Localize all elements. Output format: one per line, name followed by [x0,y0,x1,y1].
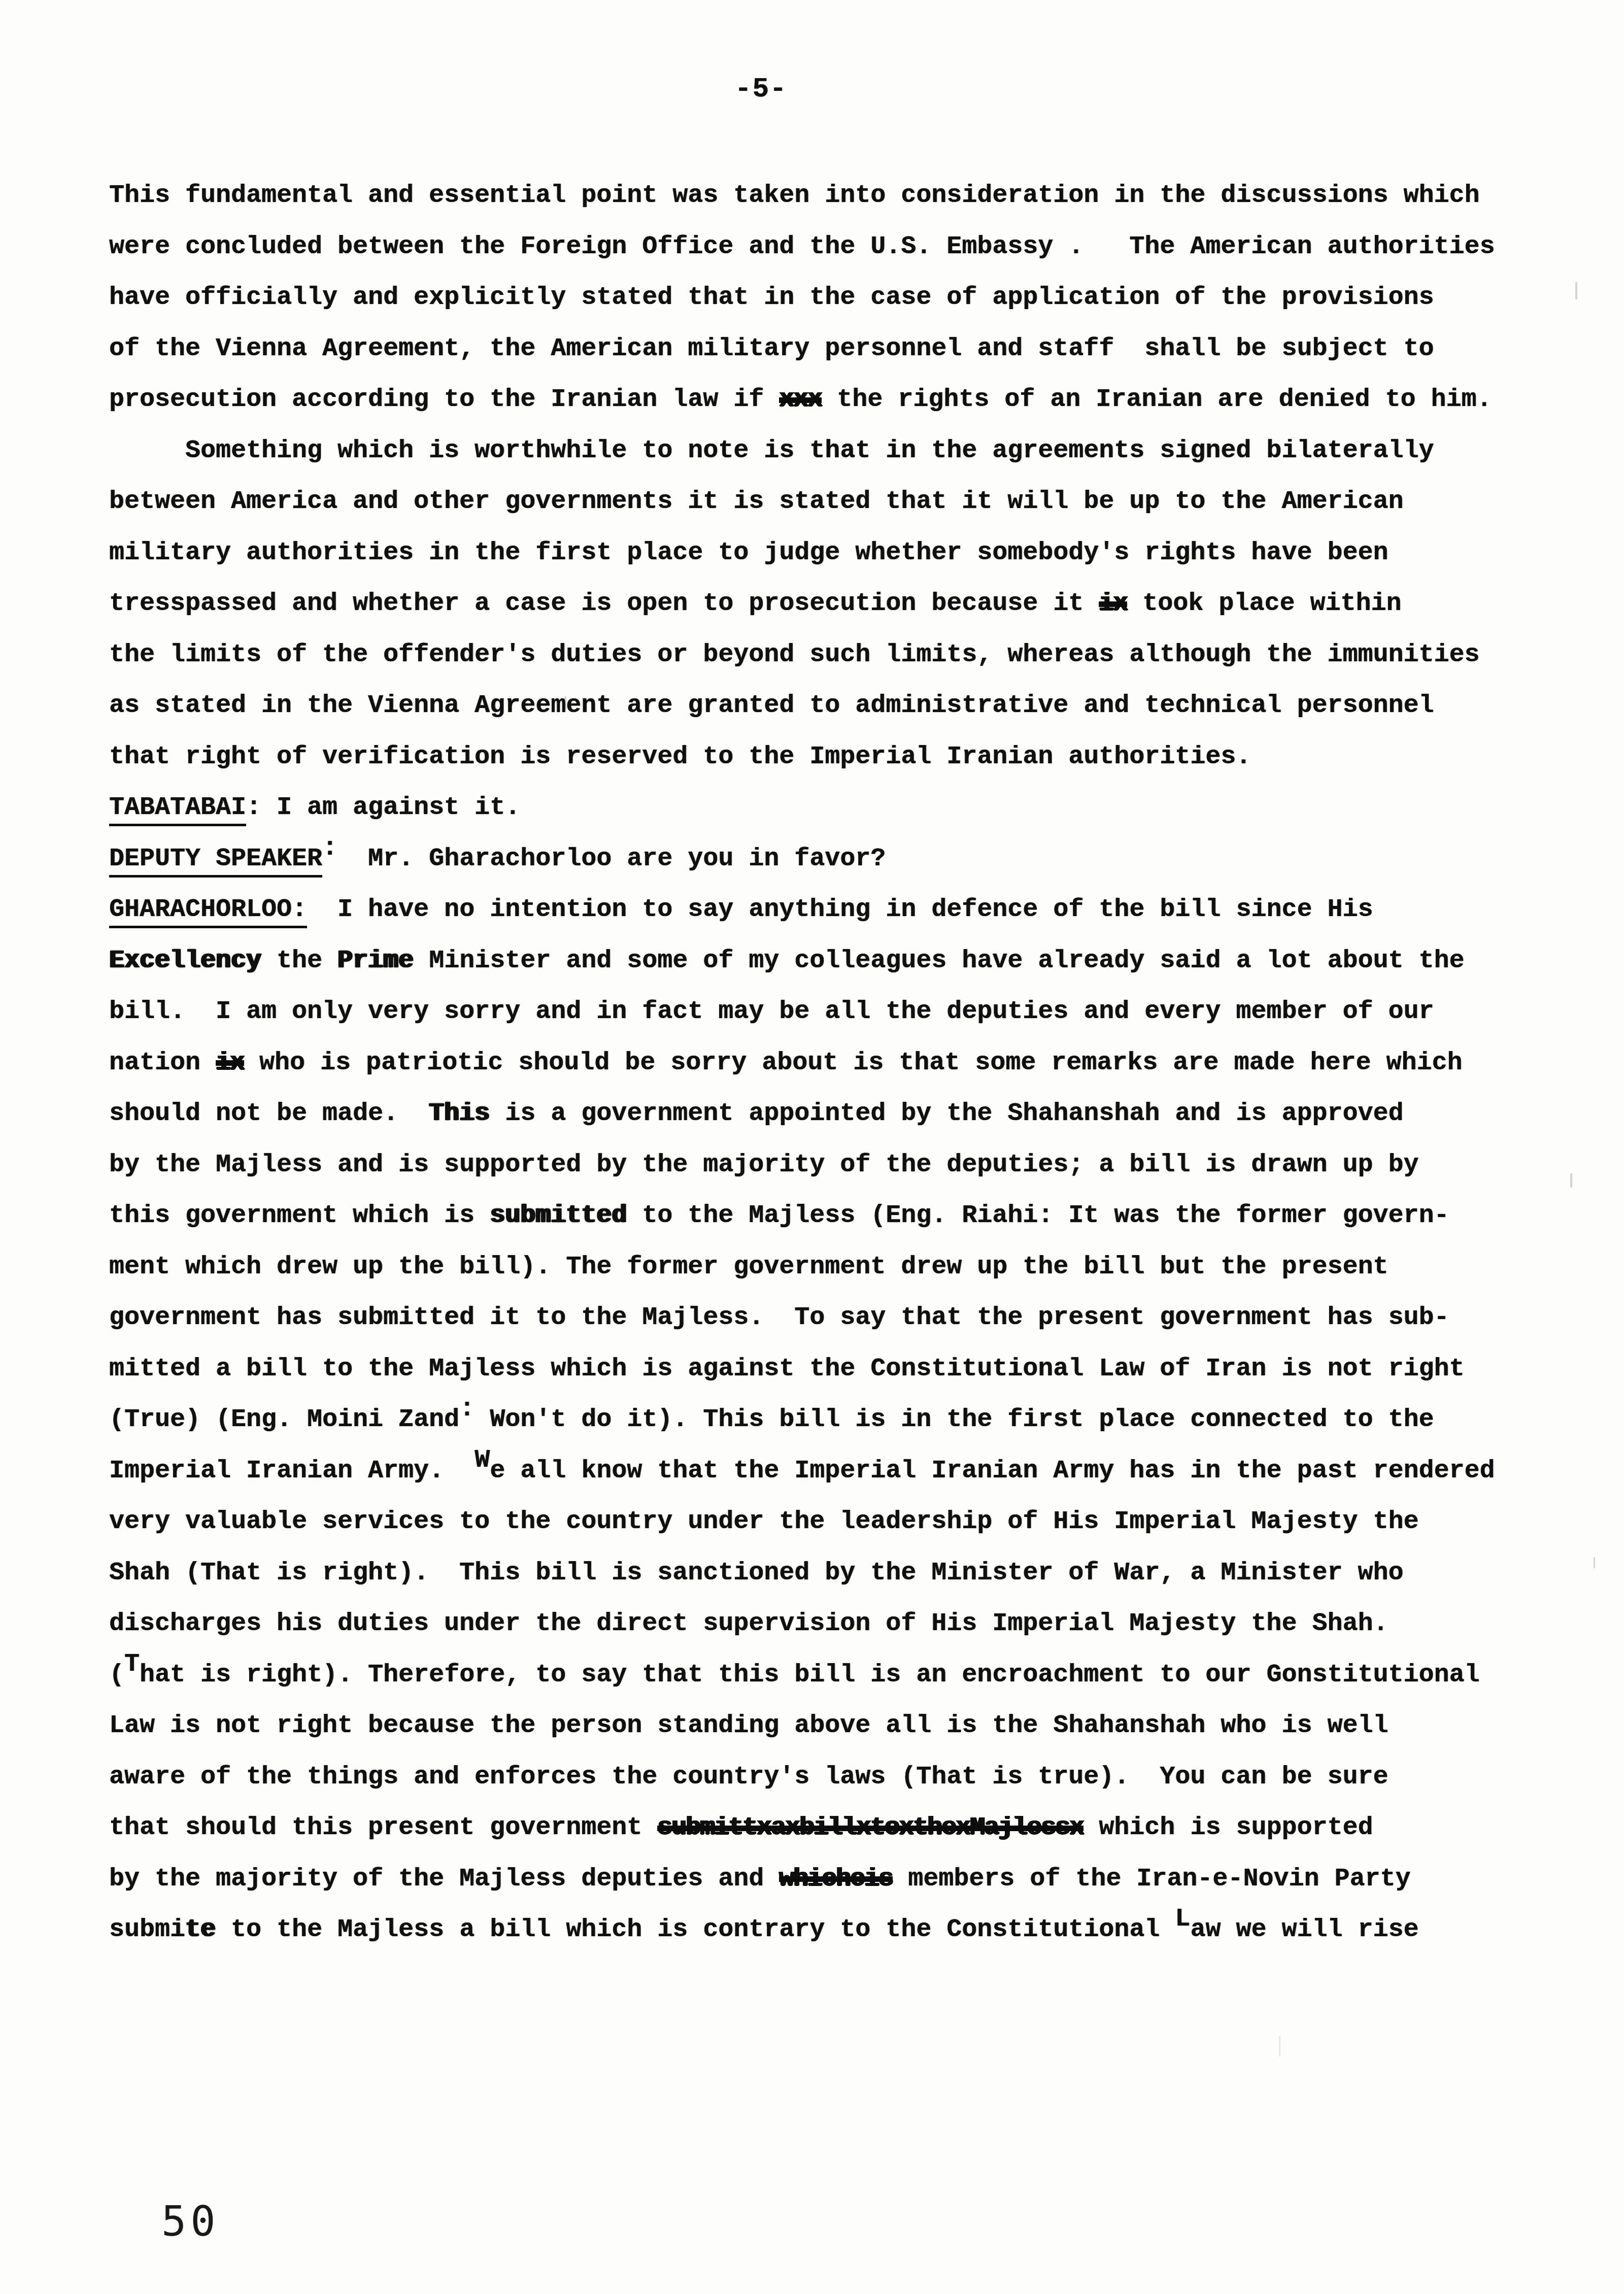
doc-line: Imperial Iranian Army. We all know that … [109,1446,1561,1497]
doc-text-segment: (True) (Eng. Moini Zand [109,1405,459,1434]
doc-text-segment: te [185,1915,216,1944]
scan-artifact [1575,282,1577,299]
doc-text-segment: bill. I am only very sorry and in fact m… [109,997,1434,1026]
doc-text-segment: hat is right). Therefore, to say that th… [140,1661,1479,1690]
doc-text-segment: nation [109,1049,216,1077]
doc-text-segment: the [261,947,337,975]
doc-line: of the Vienna Agreement, the American mi… [109,324,1561,375]
doc-text-segment: should not be made. [109,1099,429,1128]
doc-text-segment: to the Majless (Eng. Riahi: It was the f… [627,1201,1449,1230]
doc-line: Shah (That is right). This bill is sanct… [109,1548,1561,1599]
doc-text-segment: Mr. Gharachorloo are you in favor? [337,845,886,873]
struck-out-text: ix [216,1049,244,1077]
doc-line: the limits of the offender's duties or b… [109,630,1561,681]
doc-line: government has submitted it to the Majle… [109,1293,1561,1344]
doc-line: that right of verification is reserved t… [109,732,1561,783]
doc-text-segment: submi [109,1915,185,1944]
scan-artifact [564,696,566,710]
doc-text-segment: as stated in the Vienna Agreement are gr… [109,691,1434,720]
doc-text-segment: e all know that the Imperial Iranian Arm… [490,1457,1495,1486]
doc-text-segment: to the Majless a bill which is contrary … [216,1915,1175,1944]
doc-lines: This fundamental and essential point was… [109,171,1561,1956]
scan-artifact [1570,1173,1572,1188]
doc-line: should not be made. This is a government… [109,1089,1561,1140]
doc-line: very valuable services to the country un… [109,1497,1561,1548]
doc-text-segment: Law is not right because the person stan… [109,1711,1388,1740]
doc-text-segment: Imperial Iranian Army. [109,1457,475,1486]
doc-text-segment: discharges his duties under the direct s… [109,1609,1388,1638]
doc-text-segment: submitted [490,1201,627,1230]
doc-line: were concluded between the Foreign Offic… [109,222,1561,273]
doc-line: This fundamental and essential point was… [109,171,1561,222]
document-body: This fundamental and essential point was… [109,171,1561,1956]
doc-line: this government which is submitted to th… [109,1191,1561,1242]
scan-artifact [1594,1557,1595,1568]
page-number-bottom: 50 [161,2198,220,2246]
doc-text-segment: This fundamental and essential point was… [109,181,1479,210]
doc-text-segment: Something which is worthwhile to note is… [109,436,1434,465]
doc-text-segment: I have no intention to say anything in d… [307,895,1373,924]
doc-line: Something which is worthwhile to note is… [109,426,1561,477]
doc-text-segment: Prime [337,947,414,975]
doc-text-segment: the rights of an Iranian are denied to h… [822,385,1492,414]
doc-text-segment: between America and other governments it… [109,487,1403,516]
doc-line: by the Majless and is supported by the m… [109,1140,1561,1191]
doc-line: nation ix who is patriotic should be sor… [109,1038,1561,1089]
doc-text-segment: the limits of the offender's duties or b… [109,640,1479,669]
speaker-name: TABATABAI [109,793,246,826]
doc-line: ment which drew up the bill). The former… [109,1242,1561,1293]
doc-text-segment: Excellency [109,947,261,975]
doc-text-segment: mitted a bill to the Majless which is ag… [109,1355,1464,1384]
doc-text-segment: : [459,1384,475,1435]
doc-text-segment: Minister and some of my colleagues have … [414,947,1464,975]
doc-text-segment: : [322,823,337,874]
doc-line: aware of the things and enforces the cou… [109,1752,1561,1803]
doc-text-segment: This [429,1099,490,1128]
doc-line: Law is not right because the person stan… [109,1701,1561,1752]
doc-line: prosecution according to the Iranian law… [109,375,1561,426]
doc-text-segment: that right of verification is reserved t… [109,743,1251,771]
doc-text-segment: military authorities in the first place … [109,538,1388,567]
doc-text-segment: this government which is [109,1201,490,1230]
doc-text-segment: were concluded between the Foreign Offic… [109,232,1495,261]
page-number-top: -5- [735,74,787,105]
doc-text-segment: ment which drew up the bill). The former… [109,1253,1388,1281]
doc-line: mitted a bill to the Majless which is ag… [109,1344,1561,1395]
doc-text-segment: W [475,1435,490,1487]
doc-text-segment: Shah (That is right). This bill is sanct… [109,1559,1403,1588]
struck-out-text: whichcis [779,1865,893,1894]
doc-line: Excellency the Prime Minister and some o… [109,936,1561,987]
doc-text-segment: Won't do it). This bill is in the first … [475,1405,1434,1434]
doc-text-segment: have officially and explicitly stated th… [109,283,1434,312]
doc-text-segment: of the Vienna Agreement, the American mi… [109,334,1434,363]
doc-line: military authorities in the first place … [109,528,1561,579]
doc-line: (That is right). Therefore, to say that … [109,1650,1561,1701]
doc-line: by the majority of the Majless deputies … [109,1854,1561,1905]
doc-text-segment: is a government appointed by the Shahans… [490,1099,1403,1128]
struck-out-text: ix [1099,589,1127,618]
doc-text-segment: took place within [1127,589,1401,618]
doc-line: tresspassed and whether a case is open t… [109,579,1561,630]
doc-text-segment: government has submitted it to the Majle… [109,1303,1449,1332]
doc-text-segment: aw we will rise [1190,1915,1418,1944]
doc-text-segment: : I am against it. [246,793,520,822]
struck-out-text: xxx [779,385,822,414]
doc-line: DEPUTY SPEAKER: Mr. Gharachorloo are you… [109,834,1561,885]
doc-line: that should this present government subm… [109,1803,1561,1854]
doc-line: (True) (Eng. Moini Zand: Won't do it). T… [109,1395,1561,1446]
doc-text-segment: which is supported [1084,1813,1373,1842]
doc-text-segment: who is patriotic should be sorry about i… [244,1049,1462,1077]
doc-text-segment: members of the Iran-e-Novin Party [893,1865,1410,1894]
doc-text-segment: L [1175,1894,1190,1945]
doc-text-segment: T [124,1639,140,1691]
doc-line: submite to the Majless a bill which is c… [109,1905,1561,1956]
doc-text-segment: very valuable services to the country un… [109,1507,1418,1536]
speaker-name: DEPUTY SPEAKER [109,845,322,878]
document-page: -5- This fundamental and essential point… [0,0,1624,2294]
doc-text-segment: by the Majless and is supported by the m… [109,1151,1418,1179]
doc-text-segment: ( [109,1661,124,1690]
doc-line: between America and other governments it… [109,477,1561,528]
scan-artifact [1279,2036,1280,2056]
doc-line: bill. I am only very sorry and in fact m… [109,987,1561,1038]
doc-text-segment: that should this present government [109,1813,657,1842]
doc-text-segment: by the majority of the Majless deputies … [109,1865,779,1894]
doc-text-segment: prosecution according to the Iranian law… [109,385,779,414]
doc-text-segment: tresspassed and whether a case is open t… [109,589,1099,618]
doc-line: discharges his duties under the direct s… [109,1599,1561,1650]
doc-line: as stated in the Vienna Agreement are gr… [109,681,1561,732]
speaker-name: GHARACHORLOO: [109,895,307,928]
doc-text-segment: aware of the things and enforces the cou… [109,1763,1388,1792]
doc-line: have officially and explicitly stated th… [109,273,1561,324]
doc-line: GHARACHORLOO: I have no intention to say… [109,885,1561,936]
struck-out-text: submittxaxbillxtoxthexMajlessx [657,1813,1084,1842]
